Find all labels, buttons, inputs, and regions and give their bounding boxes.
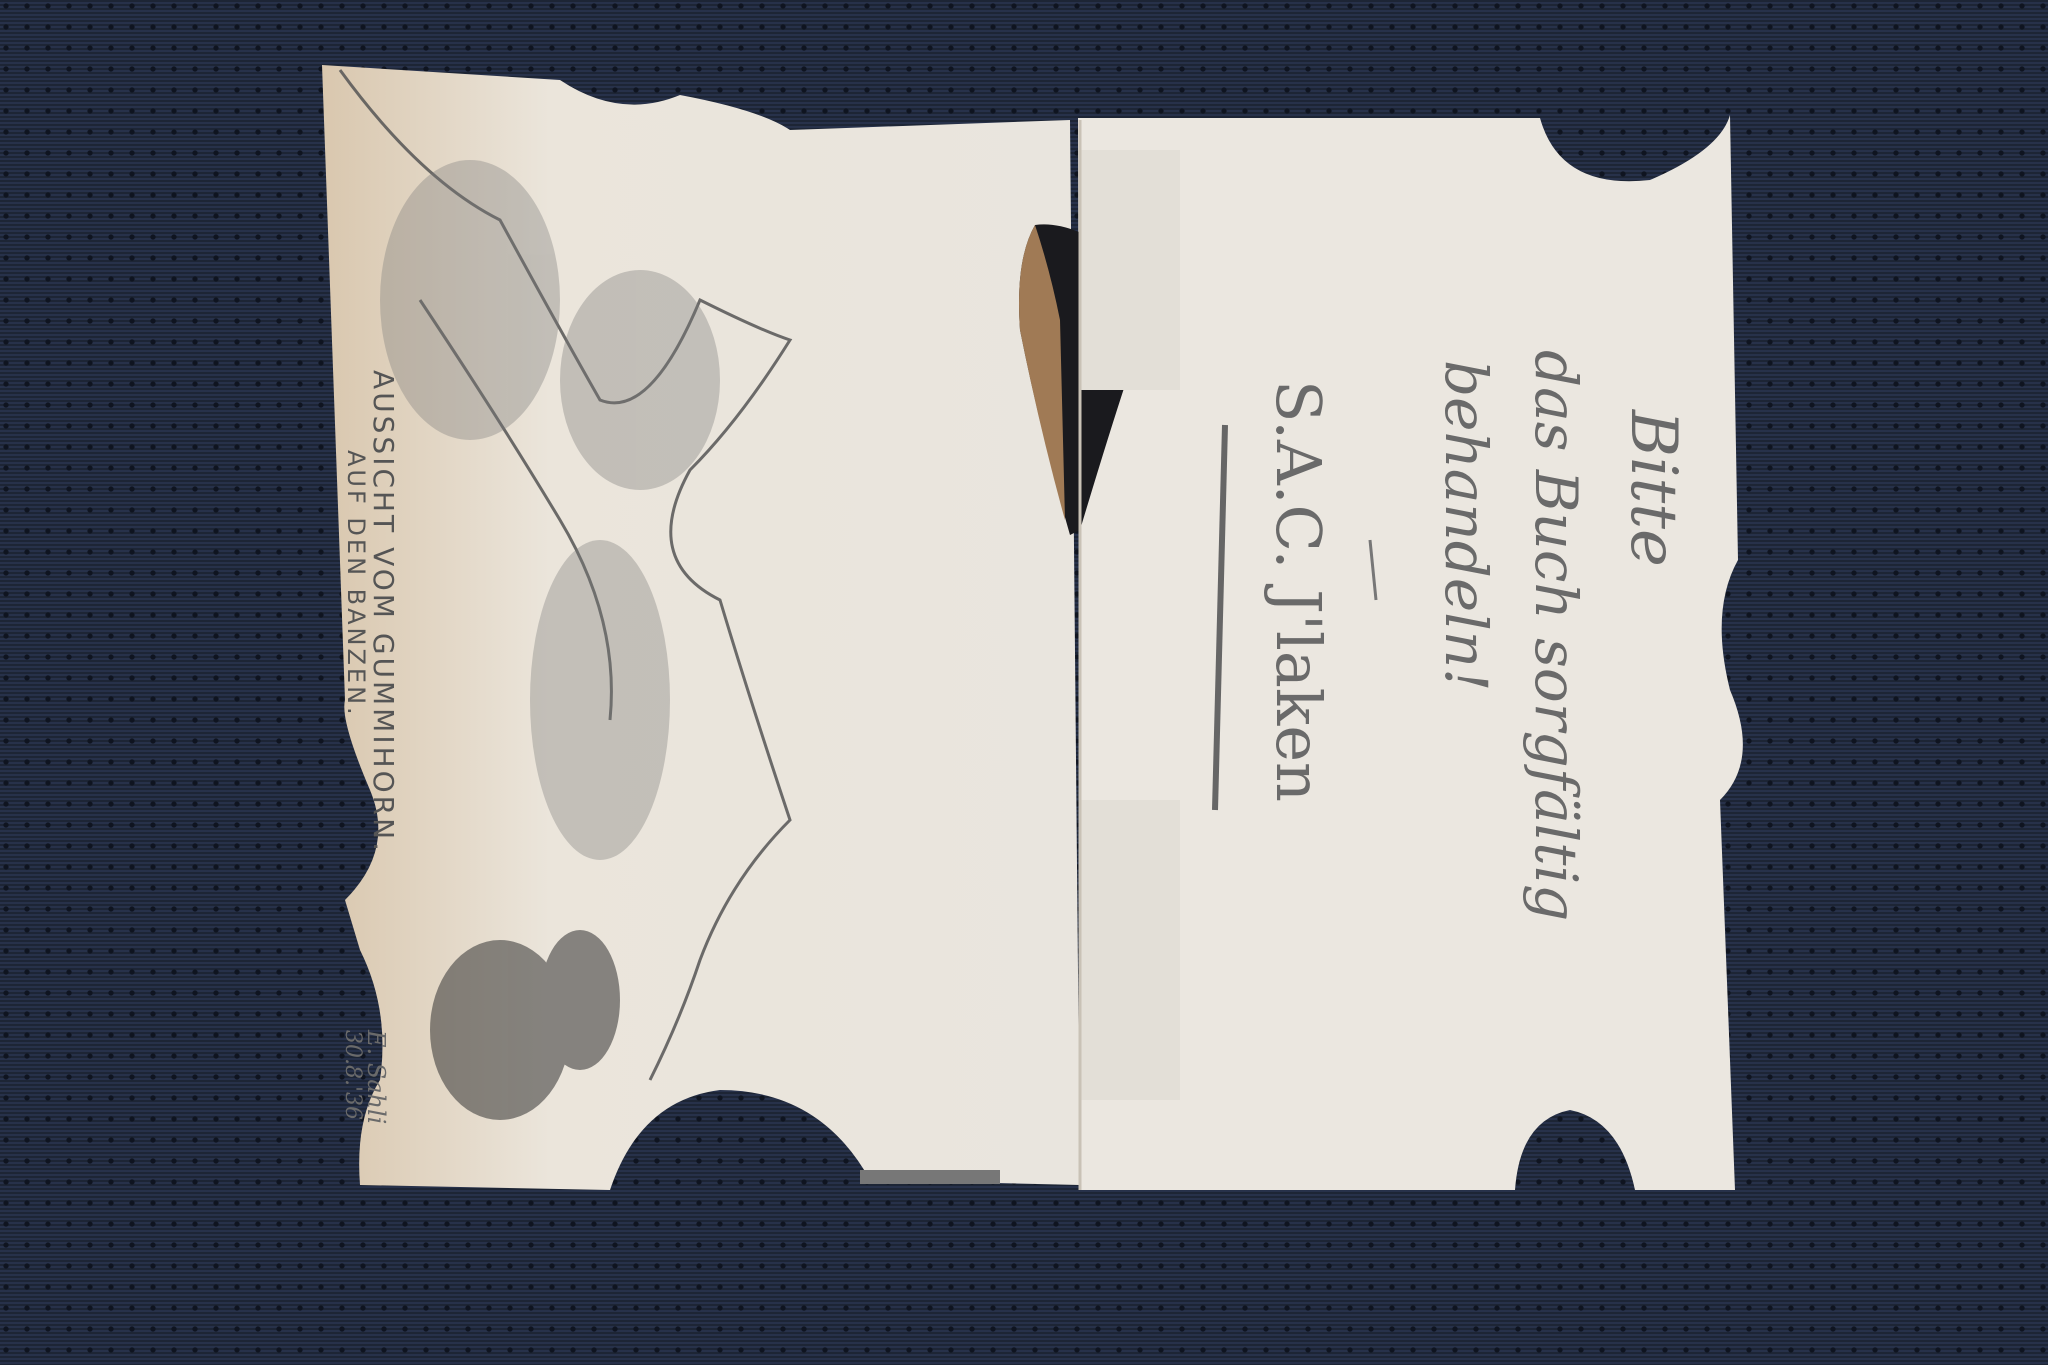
inscription-line4: S.A.C. J'laken xyxy=(1262,380,1335,802)
signature: E. Sahli xyxy=(362,1030,390,1124)
inscription-line1: Bitte xyxy=(1616,410,1690,567)
book-cover-illustration xyxy=(0,0,2048,1365)
date: 30.8.'36 xyxy=(340,1030,365,1120)
inscription-line2: das Buch sorgfältig xyxy=(1522,350,1590,921)
photo xyxy=(0,0,2048,1365)
caption-line1: AUSSICHT VOM GUMMIHORN. xyxy=(367,370,400,854)
caption-line2: AUF DEN BANZEN. xyxy=(342,450,370,718)
inscription-line3: behandeln! xyxy=(1432,360,1500,691)
